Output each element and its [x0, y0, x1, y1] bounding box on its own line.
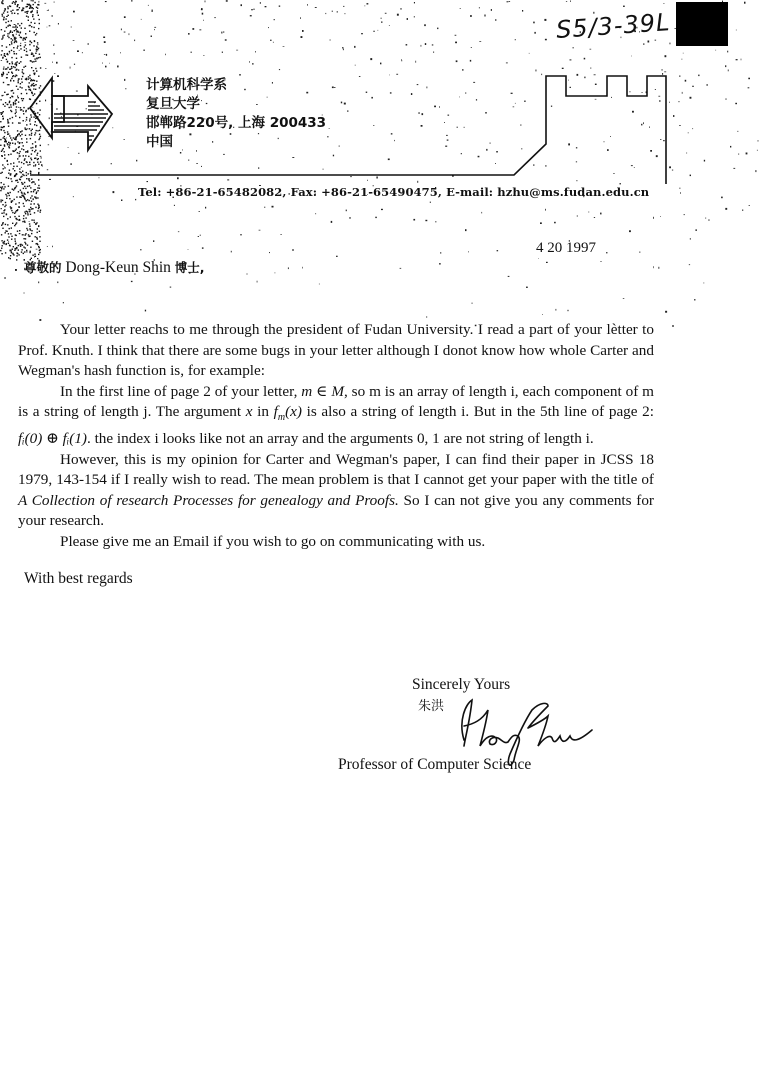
university-name: 复旦大学	[146, 95, 326, 114]
paragraph-4: Please give me an Email if you wish to g…	[18, 532, 654, 553]
recipient-name: Dong-Keun Shin	[65, 259, 170, 276]
letter-date: 4 20 1997	[536, 240, 596, 257]
paper-title: A Collection of research Processes for g…	[18, 492, 399, 509]
contact-line: Tel: +86-21-65482082, Fax: +86-21-654904…	[138, 185, 649, 199]
handwritten-reference-number: S5/3-39L	[555, 8, 671, 44]
paragraph-2: In the first line of page 2 of your lett…	[18, 382, 654, 450]
department-name: 计算机科学系	[146, 76, 326, 95]
country-name: 中国	[146, 133, 326, 152]
signer-title: Professor of Computer Science	[338, 756, 531, 774]
signer-name-chinese: 朱洪	[418, 695, 444, 714]
salutation-prefix: 尊敬的	[24, 260, 62, 275]
salutation-suffix: 博士,	[175, 260, 205, 275]
letterhead-address: 计算机科学系 复旦大学 邯郸路220号, 上海 200433 中国	[146, 76, 326, 152]
paragraph-3: However, this is my opinion for Carter a…	[18, 450, 654, 532]
salutation: 尊敬的 Dong-Keun Shin 博士,	[24, 258, 205, 277]
scan-noise	[0, 0, 760, 330]
closing: With best regards	[24, 570, 133, 588]
letter-body: Your letter reachs to me through the pre…	[18, 320, 654, 553]
university-logo-icon	[28, 74, 118, 156]
redaction-block	[676, 2, 728, 46]
street-address: 邯郸路220号, 上海 200433	[146, 114, 326, 133]
paragraph-1: Your letter reachs to me through the pre…	[18, 320, 654, 382]
